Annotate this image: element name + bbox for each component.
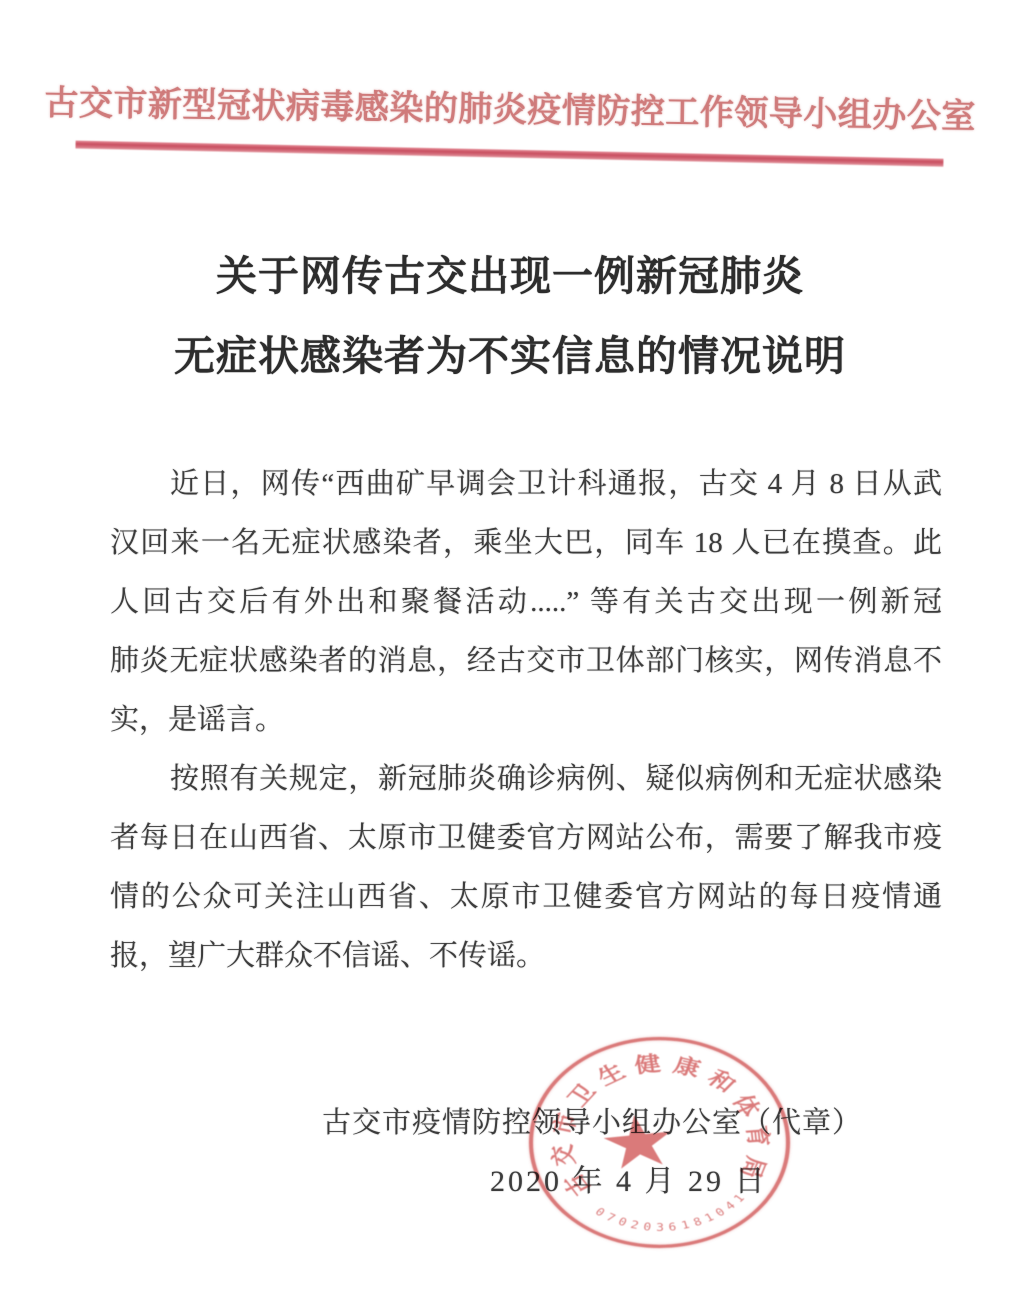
stamp-code-char: 2 — [626, 1218, 642, 1233]
stamp-code-char: 4 — [721, 1198, 741, 1214]
stamp-ring — [529, 1037, 790, 1248]
body-line: 按照有关规定，新冠肺炎确诊病例、疑似病例和无症状感染 — [110, 750, 942, 809]
stamp-code-char: 3 — [654, 1222, 666, 1235]
stamp-code-char: 0 — [711, 1205, 730, 1221]
body-line: 实，是谣言。 — [110, 691, 942, 750]
document-page: 古交市新型冠状病毒感染的肺炎疫情防控工作领导小组办公室 关于网传古交出现一例新冠… — [0, 0, 1020, 1289]
body-line: 肺炎无症状感染者的消息，经古交市卫体部门核实，网传消息不 — [110, 632, 942, 691]
signature-line: 古交市疫情防控领导小组办公室（代章） — [0, 1100, 862, 1141]
stamp-arc-char: 健 — [632, 1052, 663, 1077]
stamp-arc-char: 生 — [592, 1059, 630, 1090]
letterhead: 古交市新型冠状病毒感染的肺炎疫情防控工作领导小组办公室 — [0, 74, 1020, 162]
stamp-inner: ★ 古交市卫生健康和体育局1401816302070 — [514, 1025, 805, 1260]
stamp-code-char: 0 — [589, 1205, 608, 1221]
document-body: 近日，网传“西曲矿早调会卫计科通报，古交 4 月 8 日从武 汉回来一名无症状感… — [110, 455, 942, 986]
red-divider-line — [75, 141, 943, 167]
body-line: 报，望广大群众不信谣、不传谣。 — [110, 927, 942, 986]
body-line: 近日，网传“西曲矿早调会卫计科通报，古交 4 月 8 日从武 — [110, 455, 942, 514]
stamp-code-char: 8 — [689, 1215, 706, 1231]
body-line: 情的公众可关注山西省、太原市卫健委官方网站的每日疫情通 — [110, 868, 942, 927]
stamp-code-char: 1 — [700, 1210, 718, 1226]
stamp-code-char: 1 — [677, 1218, 693, 1233]
official-stamp: ★ 古交市卫生健康和体育局1401816302070 — [529, 1037, 790, 1248]
letterhead-org-name: 古交市新型冠状病毒感染的肺炎疫情防控工作领导小组办公室 — [0, 74, 1020, 138]
document-title-line-2: 无症状感染者为不实信息的情况说明 — [0, 316, 1020, 396]
stamp-code-char: 0 — [640, 1221, 654, 1235]
stamp-arc-char: 和 — [701, 1066, 740, 1098]
document-title-line-1: 关于网传古交出现一例新冠肺炎 — [0, 236, 1020, 316]
stamp-code-char: 6 — [665, 1221, 679, 1235]
stamp-arc-char: 康 — [669, 1053, 704, 1081]
body-line: 汉回来一名无症状感染者，乘坐大巴，同车 18 人已在摸查。此 — [110, 514, 942, 573]
document-title: 关于网传古交出现一例新冠肺炎 无症状感染者为不实信息的情况说明 — [0, 236, 1020, 396]
stamp-code-char: 0 — [613, 1215, 630, 1231]
stamp-code-char: 7 — [601, 1210, 619, 1226]
body-line: 人回古交后有外出和聚餐活动.....” 等有关古交出现一例新冠 — [110, 573, 942, 632]
body-line: 者每日在山西省、太原市卫健委官方网站公布，需要了解我市疫 — [110, 809, 942, 868]
date-line: 2020 年 4 月 29 日 — [490, 1156, 768, 1200]
